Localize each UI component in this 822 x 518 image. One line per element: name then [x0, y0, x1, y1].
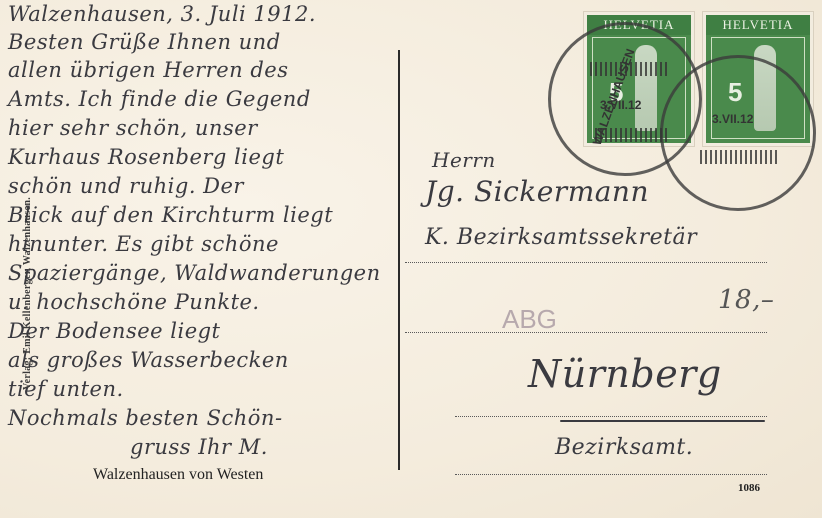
serial-number: 1086: [738, 482, 760, 494]
postmark-bars: [700, 150, 780, 164]
postmark-circle: [660, 55, 816, 211]
postmark-date: 3.VII.12: [600, 98, 641, 112]
address-city: Nürnberg: [528, 352, 722, 396]
publisher-imprint: Verlag: Emil Kellenberger, Walzenhausen.: [22, 197, 33, 390]
postcard: Walzenhausen, 3. Juli 1912. Besten Grüße…: [0, 0, 822, 518]
address-name: Jg. Sickermann: [425, 175, 649, 208]
message-line: Amts. Ich finde die Gegend: [8, 87, 311, 111]
picture-caption: Walzenhausen von Westen: [93, 466, 263, 484]
pencil-note: ABG: [502, 304, 557, 335]
postmark-date: 3.VII.12: [712, 112, 753, 126]
message-signature: gruss Ihr M.: [130, 435, 268, 459]
address-line: [455, 474, 767, 475]
message-line: Kurhaus Rosenberg liegt: [8, 145, 284, 169]
message-line: schön und ruhig. Der: [8, 174, 244, 198]
address-line: [455, 416, 767, 417]
message-line: u. hochschöne Punkte.: [8, 290, 260, 314]
city-underline: [560, 420, 765, 422]
message-line: Nochmals besten Schön-: [8, 406, 283, 430]
message-line: allen übrigen Herren des: [8, 58, 288, 82]
address-line: [405, 332, 767, 333]
address-salutation: Herrn: [432, 148, 496, 172]
pencil-number: 18,–: [718, 285, 774, 315]
message-line: Spaziergänge, Waldwanderungen: [8, 261, 381, 285]
stamp-country: HELVETIA: [706, 15, 810, 35]
message-line: als großes Wasserbecken: [8, 348, 289, 372]
message-line: Blick auf den Kirchturm liegt: [8, 203, 333, 227]
address-line: [405, 262, 767, 263]
message-line: hier sehr schön, unser: [8, 116, 258, 140]
address-title: K. Bezirksamtssekretär: [425, 225, 697, 250]
message-line: Besten Grüße Ihnen und: [8, 30, 281, 54]
address-office: Bezirksamt.: [555, 435, 693, 460]
center-divider: [398, 50, 400, 470]
message-line: Walzenhausen, 3. Juli 1912.: [8, 2, 316, 26]
message-line: hinunter. Es gibt schöne: [8, 232, 279, 256]
message-line: Der Bodensee liegt: [8, 319, 221, 343]
